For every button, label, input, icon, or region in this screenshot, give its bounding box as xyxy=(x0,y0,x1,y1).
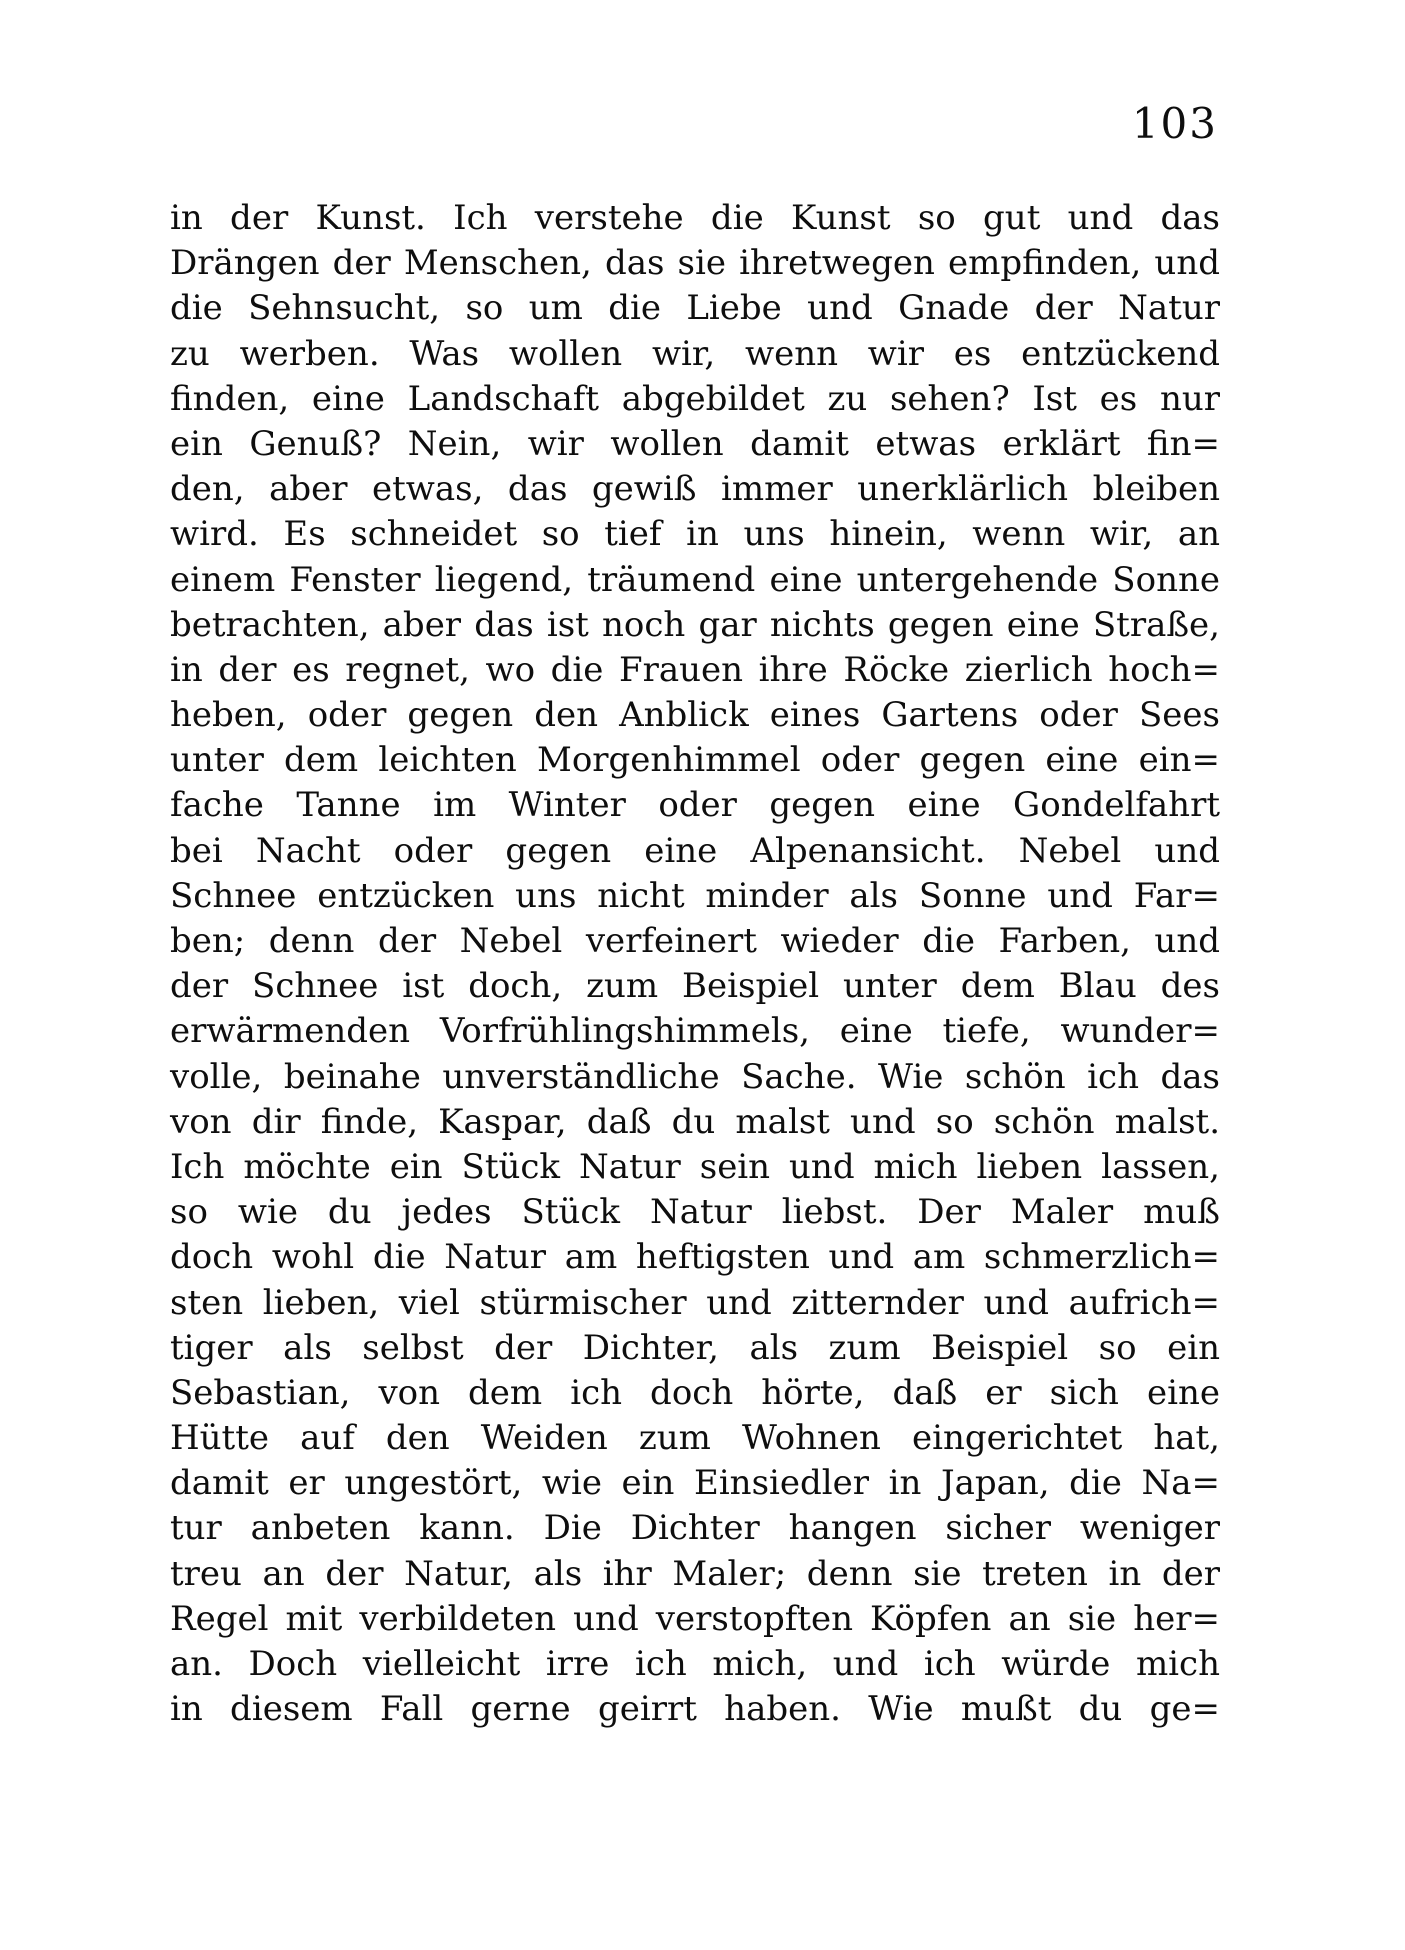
text-line: so wie du jedes Stück Natur liebst. Der … xyxy=(170,1190,1220,1235)
text-line: von dir finde, Kaspar, daß du malst und … xyxy=(170,1100,1220,1145)
text-line: der Schnee ist doch, zum Beispiel unter … xyxy=(170,964,1220,1009)
text-line: in der es regnet, wo die Frauen ihre Röc… xyxy=(170,648,1220,693)
page-number: 103 xyxy=(1132,103,1218,145)
text-line: heben, oder gegen den Anblick eines Gart… xyxy=(170,693,1220,738)
text-line: tiger als selbst der Dichter, als zum Be… xyxy=(170,1326,1220,1371)
book-page: 103 in der Kunst. Ich verstehe die Kunst… xyxy=(0,0,1405,1950)
text-line: sten lieben, viel stürmischer und zitter… xyxy=(170,1281,1220,1326)
text-line: fache Tanne im Winter oder gegen eine Go… xyxy=(170,783,1220,828)
text-line: wird. Es schneidet so tief in uns hinein… xyxy=(170,512,1220,557)
text-line: Hütte auf den Weiden zum Wohnen eingeric… xyxy=(170,1416,1220,1461)
text-line: volle, beinahe unverständliche Sache. Wi… xyxy=(170,1055,1220,1100)
text-line: treu an der Natur, als ihr Maler; denn s… xyxy=(170,1552,1220,1597)
text-line: tur anbeten kann. Die Dichter hangen sic… xyxy=(170,1506,1220,1551)
text-line: betrachten, aber das ist noch gar nichts… xyxy=(170,603,1220,648)
text-line: einem Fenster liegend, träumend eine unt… xyxy=(170,558,1220,603)
text-line: doch wohl die Natur am heftigsten und am… xyxy=(170,1235,1220,1280)
text-line: an. Doch vielleicht irre ich mich, und i… xyxy=(170,1642,1220,1687)
text-line: erwärmenden Vorfrühlingshimmels, eine ti… xyxy=(170,1009,1220,1054)
text-line: Regel mit verbildeten und verstopften Kö… xyxy=(170,1597,1220,1642)
text-line: Drängen der Menschen, das sie ihretwegen… xyxy=(170,241,1220,286)
text-line: in der Kunst. Ich verstehe die Kunst so … xyxy=(170,196,1220,241)
text-line: die Sehnsucht, so um die Liebe und Gnade… xyxy=(170,286,1220,331)
text-line: damit er ungestört, wie ein Einsiedler i… xyxy=(170,1461,1220,1506)
text-line: zu werben. Was wollen wir, wenn wir es e… xyxy=(170,332,1220,377)
text-line: Ich möchte ein Stück Natur sein und mich… xyxy=(170,1145,1220,1190)
text-line: ben; denn der Nebel verfeinert wieder di… xyxy=(170,919,1220,964)
text-line: unter dem leichten Morgenhimmel oder geg… xyxy=(170,738,1220,783)
text-line: in diesem Fall gerne geirrt haben. Wie m… xyxy=(170,1687,1220,1732)
text-line: finden, eine Landschaft abgebildet zu se… xyxy=(170,377,1220,422)
text-line: Schnee entzücken uns nicht minder als So… xyxy=(170,874,1220,919)
text-line: Sebastian, von dem ich doch hörte, daß e… xyxy=(170,1371,1220,1416)
body-text: in der Kunst. Ich verstehe die Kunst so … xyxy=(170,196,1220,1732)
text-line: bei Nacht oder gegen eine Alpenansicht. … xyxy=(170,829,1220,874)
text-line: den, aber etwas, das gewiß immer unerklä… xyxy=(170,467,1220,512)
text-line: ein Genuß? Nein, wir wollen damit etwas … xyxy=(170,422,1220,467)
